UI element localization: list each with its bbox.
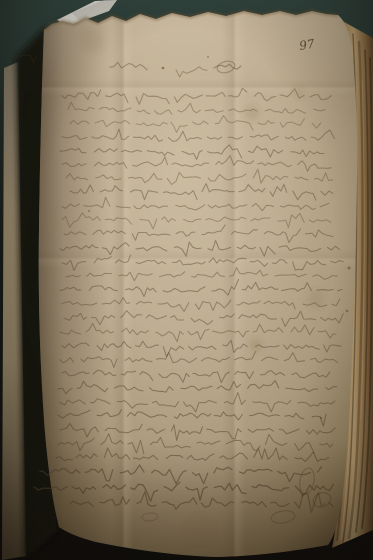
photo-vignette <box>0 0 373 560</box>
manuscript-photo: 97 <box>0 0 373 560</box>
book-page-svg: 97 <box>0 0 373 560</box>
